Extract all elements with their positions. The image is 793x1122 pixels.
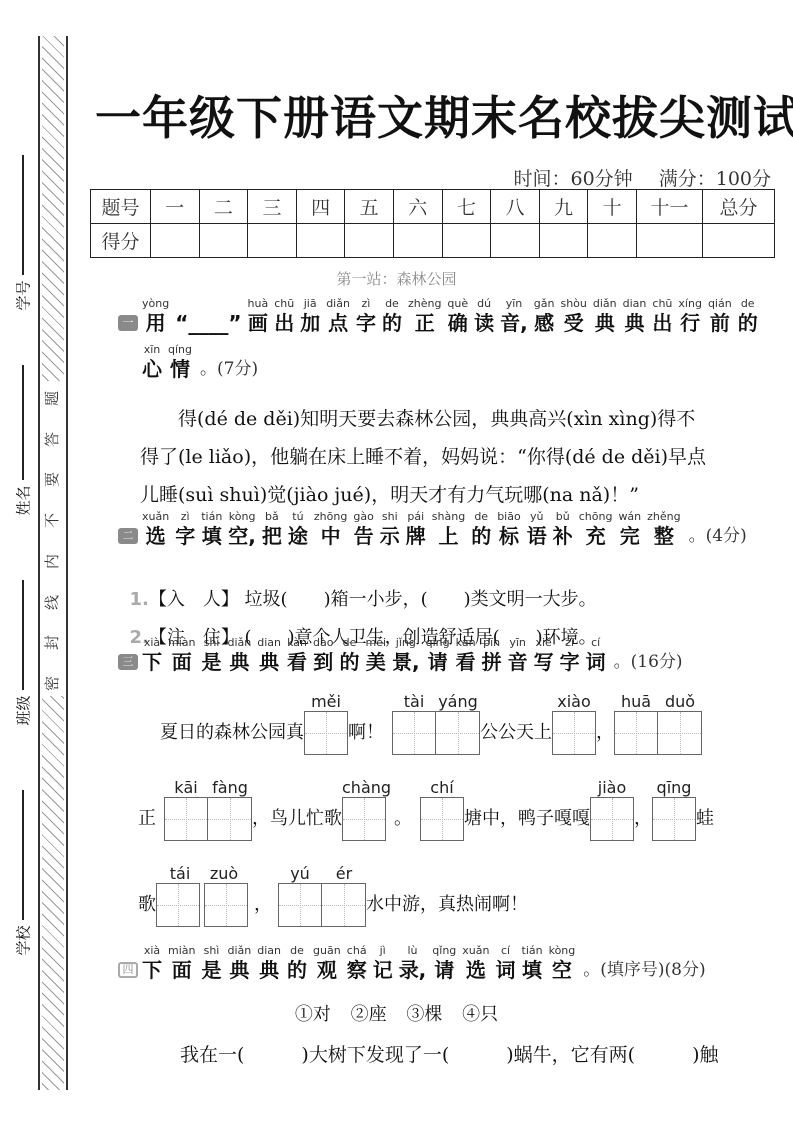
pinyin: jì: [380, 944, 386, 958]
hanzi: 下: [142, 650, 162, 674]
points-note: 。(16分): [614, 650, 683, 674]
pinyin: chàng: [342, 778, 386, 797]
tianzige-box[interactable]: [436, 711, 480, 755]
pinyin-char: xīn心: [142, 343, 162, 381]
pinyin: chū: [652, 297, 672, 311]
pinyin-char: shàng上: [432, 510, 465, 548]
tianzige-box[interactable]: [204, 883, 248, 927]
hanzi: 确: [448, 311, 468, 335]
pinyin: měi: [365, 636, 386, 650]
pinyin-char: bǎ把: [262, 510, 282, 548]
seal-char: 答: [45, 432, 60, 447]
hanzi: 是: [201, 650, 221, 674]
tianzige-group[interactable]: yúér: [278, 864, 366, 927]
hanzi: 典: [595, 311, 615, 335]
pinyin: dian: [257, 944, 281, 958]
hanzi: 情: [170, 357, 190, 381]
pinyin-char: kàn看: [456, 636, 476, 674]
hanzi: 观: [317, 958, 337, 982]
pinyin-char: kòng空: [549, 944, 576, 982]
points-note: 。(4分): [689, 524, 747, 548]
score-input-cell[interactable]: [442, 224, 491, 258]
underline: [22, 365, 24, 480]
pinyin-char: bǔ补: [553, 510, 573, 548]
school-label: 学校: [13, 925, 34, 955]
tianzige-group[interactable]: měi: [304, 692, 348, 755]
tianzige-box[interactable]: [156, 883, 200, 927]
section-number-icon: 一: [118, 315, 138, 331]
pinyin: dian: [623, 297, 647, 311]
pinyin-char: pái牌: [406, 510, 426, 548]
hanzi: 把: [262, 524, 282, 548]
tianzige-box[interactable]: [658, 711, 702, 755]
hanzi: 行: [680, 311, 700, 335]
binding-margin: 题 答 要 不 内 线 封 密: [38, 36, 68, 1090]
pinyin: biāo: [497, 510, 521, 524]
table-cell: 十: [588, 190, 637, 224]
score-input-cell[interactable]: [703, 224, 775, 258]
pinyin: huà: [248, 297, 269, 311]
tianzige-group[interactable]: kāifàng: [164, 778, 252, 841]
pinyin: xīn: [144, 343, 161, 357]
pinyin: shì: [204, 636, 220, 650]
hanzi: 词: [496, 958, 516, 982]
pinyin-char: diǎn典: [593, 297, 617, 335]
pinyin: qián: [708, 297, 732, 311]
pinyin-char: de的: [738, 297, 758, 335]
hanzi: 示: [380, 524, 400, 548]
hanzi: 的: [382, 311, 402, 335]
pinyin-char: de的: [471, 510, 491, 548]
question-4: 四 xià下miàn面shì是diǎn典dian典de的guān观chá察jì记…: [118, 944, 773, 982]
writing-row-1: 夏日的森林公园真 měi 啊！ tàiyáng 公公天上 xiào ， huād…: [160, 692, 702, 755]
hanzi: 典: [229, 958, 249, 982]
hanzi: 加: [300, 311, 320, 335]
pinyin: xià: [144, 636, 160, 650]
table-cell: 得分: [91, 224, 151, 258]
tianzige-group[interactable]: tàiyáng: [392, 692, 480, 755]
tianzige-group[interactable]: qīng: [652, 778, 696, 841]
hanzi: 录,: [399, 958, 427, 982]
question-heading: 一 yòng用“____”huà画chū出jiā加diǎn点zì字de的zhèn…: [118, 297, 773, 335]
sentence-text: ，鸟儿忙歌: [252, 797, 342, 841]
section-number-icon: 三: [118, 654, 138, 670]
pinyin-char: què确: [447, 297, 468, 335]
score-input-cell[interactable]: [588, 224, 637, 258]
sentence-text: ，: [596, 711, 614, 755]
hanzi: 空,: [228, 524, 256, 548]
pinyin: diǎn: [227, 944, 251, 958]
pinyin: guān: [313, 944, 341, 958]
pinyin: qǐng: [426, 636, 450, 650]
hanzi: 典: [229, 650, 249, 674]
tianzige-group[interactable]: chàng: [342, 778, 386, 841]
tianzige-group[interactable]: táizuò: [156, 864, 248, 927]
tianzige-box[interactable]: [342, 797, 386, 841]
hanzi: 记: [373, 958, 393, 982]
pinyin-heading: yòng用“____”huà画chū出jiā加diǎn点zì字de的zhèng正…: [142, 297, 764, 335]
pinyin: bǎ: [265, 510, 279, 524]
pinyin-char: kàn看: [287, 636, 307, 674]
tianzige-box[interactable]: [614, 711, 658, 755]
table-cell: 四: [296, 190, 345, 224]
hanzi: 空: [552, 958, 572, 982]
hanzi: 标: [499, 524, 519, 548]
score-input-cell[interactable]: [345, 224, 394, 258]
hanzi: 受: [564, 311, 584, 335]
pinyin-char: chōng充: [579, 510, 613, 548]
pinyin-char: xià下: [142, 944, 162, 982]
tianzige-box[interactable]: [208, 797, 252, 841]
underline: [22, 580, 24, 690]
table-row-scores: 得分: [91, 224, 775, 258]
pinyin-char: jǐng景,: [392, 636, 420, 674]
pinyin: kàn: [287, 636, 307, 650]
pinyin: yòng: [142, 297, 169, 311]
question-heading: 三 xià下miàn面shì是diǎn典dian典kàn看dào到de的měi美…: [118, 636, 773, 674]
hanzi: 的: [339, 650, 359, 674]
pinyin-heading: xīn心qíng情: [142, 343, 198, 381]
seal-char: 线: [45, 595, 60, 610]
pinyin-char: gǎn感: [534, 297, 555, 335]
pinyin-char: de的: [339, 636, 359, 674]
pinyin-char: zhèng正: [408, 297, 441, 335]
hanzi: 请: [428, 650, 448, 674]
tianzige-box[interactable]: [652, 797, 696, 841]
hanzi: 音,: [500, 311, 528, 335]
pinyin-char: xiě写: [534, 636, 554, 674]
seal-char: 不: [45, 513, 60, 528]
name-field[interactable]: 姓名: [8, 365, 38, 511]
pinyin-char: yīn音,: [500, 297, 528, 335]
seal-char: 题: [45, 391, 60, 406]
question-3: 三 xià下miàn面shì是diǎn典dian典kàn看dào到de的měi美…: [118, 636, 773, 674]
pinyin-char: dú读: [474, 297, 494, 335]
table-cell: 三: [248, 190, 297, 224]
name-label: 姓名: [13, 485, 34, 515]
hanzi: 填: [202, 524, 222, 548]
hanzi: 词: [586, 650, 606, 674]
seal-char: 内: [45, 554, 60, 569]
pinyin: tú: [292, 510, 303, 524]
hanzi: 补: [553, 524, 573, 548]
hanzi: 出: [652, 311, 672, 335]
tianzige-group[interactable]: chí: [420, 778, 464, 841]
pinyin-char: de的: [382, 297, 402, 335]
pinyin: chá: [347, 944, 367, 958]
fill-sentence[interactable]: 我在一( )大树下发现了一( )蜗牛，它有两( )触: [180, 1040, 718, 1067]
table-cell: 总分: [703, 190, 775, 224]
pinyin: duǒ: [658, 692, 702, 711]
pinyin: tài: [392, 692, 436, 711]
hanzi: 景,: [392, 650, 420, 674]
table-cell: 九: [539, 190, 588, 224]
pinyin: shàng: [432, 510, 465, 524]
pinyin: qíng: [168, 343, 192, 357]
table-cell: 一: [151, 190, 200, 224]
pinyin-char: zì字: [175, 510, 195, 548]
pinyin: kāi: [164, 778, 208, 797]
pinyin-char: miàn面: [168, 944, 195, 982]
pinyin: gǎn: [534, 297, 555, 311]
pinyin-char: kòng空,: [228, 510, 256, 548]
hanzi: 中: [321, 524, 341, 548]
pinyin: shi: [382, 510, 398, 524]
table-cell: 二: [199, 190, 248, 224]
pinyin-char: dian典: [257, 944, 281, 982]
hanzi: 心: [142, 357, 162, 381]
question-heading: 二 xuǎn选zì字tián填kòng空,bǎ把tú途zhōng中gào告shi…: [118, 510, 773, 548]
tianzige-box[interactable]: [392, 711, 436, 755]
pinyin-char: zì字: [356, 297, 376, 335]
pinyin-char: shì是: [201, 944, 221, 982]
pinyin: tián: [201, 510, 222, 524]
pinyin-char: chū出: [652, 297, 672, 335]
sentence-text: ，: [634, 797, 652, 841]
hanzi: 写: [534, 650, 554, 674]
pinyin-char: diǎn典: [227, 636, 251, 674]
tianzige-box[interactable]: [322, 883, 366, 927]
pinyin: chōng: [579, 510, 613, 524]
hanzi: 填: [522, 958, 542, 982]
class-field[interactable]: 班级: [8, 580, 38, 721]
hanzi: 面: [172, 650, 192, 674]
pinyin-char: de的: [287, 944, 307, 982]
pinyin-heading: xià下miàn面shì是diǎn典dian典de的guān观chá察jì记lù…: [142, 944, 581, 982]
station-heading: 第一站：森林公园: [0, 268, 793, 289]
section-number-icon: 四: [118, 962, 138, 978]
tianzige-group[interactable]: jiào: [590, 778, 634, 841]
pinyin: diǎn: [593, 297, 617, 311]
pinyin: de: [741, 297, 755, 311]
pinyin: de: [343, 636, 357, 650]
pinyin-char: chá察: [347, 944, 367, 982]
pinyin: què: [447, 297, 468, 311]
pinyin: wán: [618, 510, 641, 524]
hanzi: 察: [347, 958, 367, 982]
pinyin-char: huà画: [248, 297, 269, 335]
hanzi: 牌: [406, 524, 426, 548]
seal-line-notice: 题 答 要 不 内 线 封 密: [40, 391, 66, 691]
pinyin: zhěng: [647, 510, 680, 524]
pinyin: cí: [591, 636, 600, 650]
sentence-text: ，: [254, 883, 272, 927]
hatch-pattern: [42, 36, 64, 381]
pinyin: diǎn: [326, 297, 350, 311]
pinyin-char: qǐng请: [426, 636, 450, 674]
exam-meta: 时间：60分钟 满分：100分: [494, 164, 772, 191]
hanzi: 下: [142, 958, 162, 982]
section-number-icon: 二: [118, 528, 138, 544]
hanzi: 到: [313, 650, 333, 674]
score-table: 题号 一 二 三 四 五 六 七 八 九 十 十一 总分 得分: [90, 189, 775, 258]
pinyin-char: gào告: [353, 510, 373, 548]
hanzi: 整: [654, 524, 674, 548]
pinyin: xiě: [535, 636, 551, 650]
hanzi: 典: [259, 958, 279, 982]
tianzige-group[interactable]: huāduǒ: [614, 692, 702, 755]
writing-row-2: 正 kāifàng ，鸟儿忙歌 chàng 。 chí 塘中，鸭子嘎嘎 jiào…: [138, 778, 714, 841]
hanzi: 是: [201, 958, 221, 982]
pinyin: pīn: [483, 636, 500, 650]
pinyin-char: zì字: [560, 636, 580, 674]
tianzige-group[interactable]: xiào: [552, 692, 596, 755]
tianzige-box[interactable]: [590, 797, 634, 841]
tianzige-box[interactable]: [304, 711, 348, 755]
hanzi: 选: [146, 524, 166, 548]
points-note: 。(填序号)(8分): [583, 958, 705, 982]
hanzi: 正: [415, 311, 435, 335]
word-options: ①对 ②座 ③棵 ④只: [0, 1000, 793, 1026]
pinyin-char: dian典: [257, 636, 281, 674]
pinyin-char: shòu受: [560, 297, 586, 335]
pinyin: dú: [477, 297, 491, 311]
pinyin: xuǎn: [142, 510, 169, 524]
pinyin: zhōng: [314, 510, 347, 524]
pinyin: pái: [407, 510, 424, 524]
pinyin: zì: [181, 510, 190, 524]
question-heading: 四 xià下miàn面shì是diǎn典dian典de的guān观chá察jì记…: [118, 944, 773, 982]
pinyin: tái: [158, 864, 202, 883]
pinyin: jǐng: [396, 636, 416, 650]
pinyin: yǔ: [530, 510, 543, 524]
score-input-cell[interactable]: [199, 224, 248, 258]
hanzi: 告: [354, 524, 374, 548]
hanzi: 看: [287, 650, 307, 674]
pinyin-char: lù录,: [399, 944, 427, 982]
pinyin-char: zhěng整: [647, 510, 680, 548]
pinyin-char: “____”: [175, 297, 241, 335]
pinyin: měi: [304, 692, 348, 711]
pinyin: de: [290, 944, 304, 958]
pinyin: yīn: [506, 297, 523, 311]
pinyin-char: tú途: [288, 510, 308, 548]
pinyin: xuǎn: [462, 944, 489, 958]
pinyin: jiā: [304, 297, 317, 311]
pinyin: zì: [362, 297, 371, 311]
question-1-passage: 得(dé de děi)知明天要去森林公园，典典高兴(xìn xìng)得不 得…: [140, 400, 740, 514]
pinyin-char: yīn音: [508, 636, 528, 674]
pinyin: miàn: [168, 944, 195, 958]
hanzi: 的: [287, 958, 307, 982]
hanzi: 美: [366, 650, 386, 674]
table-cell: 十一: [637, 190, 703, 224]
tianzige-box[interactable]: [552, 711, 596, 755]
sentence-text: 蛙: [696, 797, 714, 841]
pinyin-char: qíng情: [168, 343, 192, 381]
pinyin-char: diǎn典: [227, 944, 251, 982]
pinyin: zì: [565, 636, 574, 650]
pinyin-heading: xuǎn选zì字tián填kòng空,bǎ把tú途zhōng中gào告shi示p…: [142, 510, 687, 548]
pinyin: xià: [144, 944, 160, 958]
hanzi: 前: [710, 311, 730, 335]
pinyin: cí: [501, 944, 510, 958]
sentence-text: 正: [138, 797, 156, 841]
score-input-cell[interactable]: [296, 224, 345, 258]
sentence-text: 公公天上: [480, 711, 552, 755]
pinyin-char: wán完: [618, 510, 641, 548]
hanzi: 出: [274, 311, 294, 335]
pinyin: kòng: [549, 944, 576, 958]
writing-row-3: 歌 táizuò ， yúér 水中游，真热闹啊！: [138, 864, 528, 927]
school-field[interactable]: 学校: [8, 790, 38, 951]
pinyin-char: shì是: [201, 636, 221, 674]
hanzi: 上: [439, 524, 459, 548]
score-input-cell[interactable]: [151, 224, 200, 258]
question-1: 一 yòng用“____”huà画chū出jiā加diǎn点zì字de的zhèn…: [118, 297, 773, 381]
tianzige-box[interactable]: [164, 797, 208, 841]
sentence-text: 。: [394, 797, 412, 841]
pinyin-char: dào到: [313, 636, 333, 674]
tianzige-box[interactable]: [278, 883, 322, 927]
pinyin: lù: [407, 944, 417, 958]
pinyin: tián: [522, 944, 543, 958]
hanzi: 选: [466, 958, 486, 982]
score-input-cell[interactable]: [539, 224, 588, 258]
score-input-cell[interactable]: [637, 224, 703, 258]
pinyin-char: qián前: [708, 297, 732, 335]
passage-line: 得(dé de děi)知明天要去森林公园，典典高兴(xìn xìng)得不: [140, 400, 740, 438]
pinyin-char: yòng用: [142, 297, 169, 335]
pinyin: de: [474, 510, 488, 524]
hanzi: 字: [560, 650, 580, 674]
pinyin: yú: [278, 864, 322, 883]
table-cell: 六: [393, 190, 442, 224]
pinyin: zuò: [202, 864, 246, 883]
pinyin: yīn: [509, 636, 526, 650]
sentence-text: 啊！: [348, 711, 384, 755]
pinyin: bǔ: [556, 510, 570, 524]
sentence-text: 夏日的森林公园真: [160, 711, 304, 755]
pinyin: chū: [274, 297, 294, 311]
score-input-cell[interactable]: [491, 224, 540, 258]
pinyin-char: xuǎn选: [462, 944, 489, 982]
pinyin-char: jiā加: [300, 297, 320, 335]
points-note: 。(7分): [200, 357, 258, 381]
pinyin-char: dian典: [623, 297, 647, 335]
pinyin-char: zhōng中: [314, 510, 347, 548]
pinyin-char: měi美: [365, 636, 386, 674]
pinyin-char: biāo标: [497, 510, 521, 548]
pinyin: qǐng: [432, 944, 456, 958]
pinyin: dào: [313, 636, 333, 650]
sentence-text: 歌: [138, 883, 156, 927]
table-cell: 题号: [91, 190, 151, 224]
pinyin-char: yǔ语: [527, 510, 547, 548]
pinyin: gào: [353, 510, 373, 524]
hanzi: 拼: [482, 650, 502, 674]
sentence-text: 水中游，真热闹啊！: [366, 883, 528, 927]
table-row-question-numbers: 题号 一 二 三 四 五 六 七 八 九 十 十一 总分: [91, 190, 775, 224]
seal-char: 要: [45, 472, 60, 487]
hatch-pattern: [42, 696, 64, 1090]
pinyin-char: tián填: [201, 510, 222, 548]
pinyin: jiào: [590, 778, 634, 797]
pinyin: huā: [614, 692, 658, 711]
pinyin-char: pīn拼: [482, 636, 502, 674]
hanzi: 途: [288, 524, 308, 548]
pinyin: shì: [204, 944, 220, 958]
underline: [22, 790, 24, 920]
score-input-cell[interactable]: [393, 224, 442, 258]
tianzige-box[interactable]: [420, 797, 464, 841]
pinyin: chí: [420, 778, 464, 797]
score-input-cell[interactable]: [248, 224, 297, 258]
pinyin-char: xuǎn选: [142, 510, 169, 548]
pinyin-char: qǐng请: [432, 944, 456, 982]
hanzi: 的: [471, 524, 491, 548]
pinyin: de: [385, 297, 399, 311]
